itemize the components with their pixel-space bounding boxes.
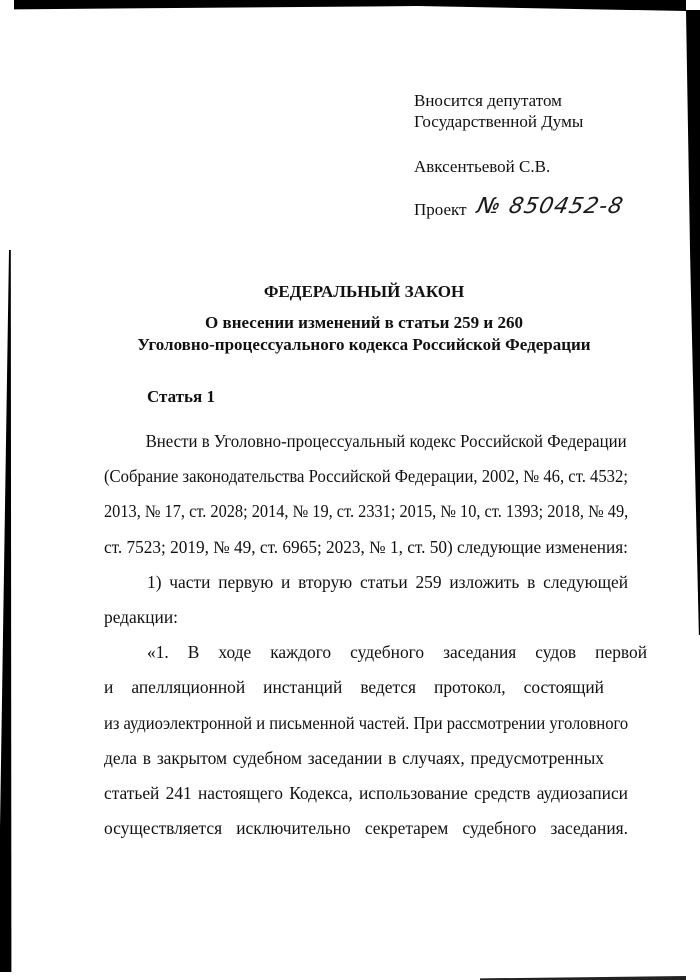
submitter-block: Вносится депутатом Государственной Думы …: [414, 90, 583, 177]
body-line: редакции:: [104, 600, 628, 635]
title-line: О внесении изменений в статьи 259 и 260: [28, 312, 700, 334]
body-line: «1. В ходе каждого судебного заседания с…: [104, 635, 647, 670]
body-line: из аудиоэлектронной и письменной частей.…: [104, 706, 628, 741]
title-line: Уголовно-процессуального кодекса Российс…: [28, 334, 700, 356]
body-line: и апелляционной инстанций ведется проток…: [104, 670, 604, 705]
handwritten-project-number: № 850452-8: [475, 194, 626, 219]
article-body: Внести в Уголовно-процессуальный кодекс …: [104, 424, 628, 846]
body-line: статьей 241 настоящего Кодекса, использо…: [104, 776, 628, 811]
document-type: ФЕДЕРАЛЬНЫЙ ЗАКОН: [0, 282, 700, 302]
document-page: Вносится депутатом Государственной Думы …: [0, 0, 700, 980]
document-title: О внесении изменений в статьи 259 и 260 …: [0, 312, 700, 356]
body-line: Внести в Уголовно-процессуальный кодекс …: [104, 424, 670, 459]
body-line: дела в закрытом судебном заседании в слу…: [104, 741, 604, 776]
submitter-line: Вносится депутатом: [414, 90, 583, 111]
article-heading: Статья 1: [147, 387, 215, 407]
body-line: 2013, № 17, ст. 2028; 2014, № 19, ст. 23…: [104, 494, 628, 529]
project-label: Проект: [414, 200, 467, 219]
body-line: осуществляется исключительно секретарем …: [104, 811, 628, 846]
project-number: Проект № 850452-8: [414, 196, 623, 221]
body-line: 1) части первую и вторую статьи 259 изло…: [104, 565, 628, 600]
submitter-name: Авксентьевой С.В.: [414, 156, 583, 177]
submitter-line: Государственной Думы: [414, 111, 583, 132]
body-line: (Собрание законодательства Российской Фе…: [104, 459, 628, 494]
body-line: ст. 7523; 2019, № 49, ст. 6965; 2023, № …: [104, 530, 628, 565]
